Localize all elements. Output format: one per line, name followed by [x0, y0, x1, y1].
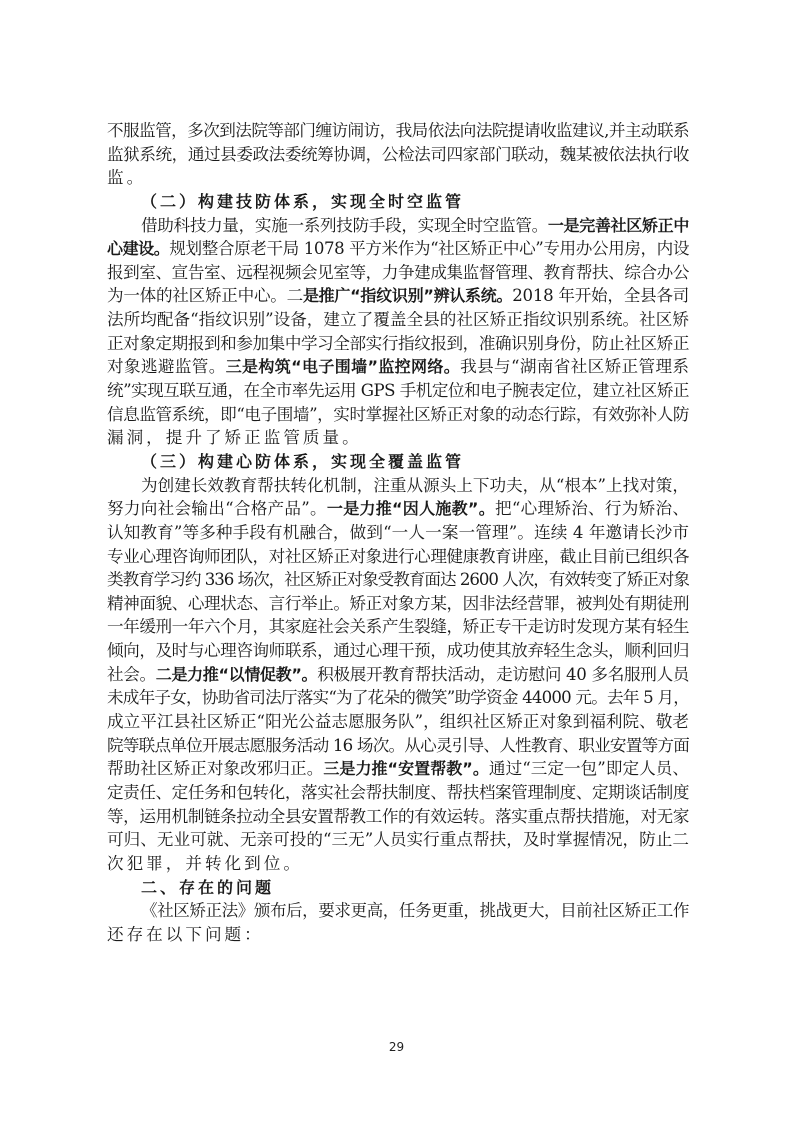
- text-run: 把“心理矫治、行为矫治、: [495, 499, 689, 518]
- text-line: 可归、无业可就、无亲可投的“三无”人员实行重点帮扶，及时掌握情况，防止二: [107, 828, 689, 852]
- text-run: 为创建长效教育帮扶转化机制，注重从源头上下功夫，从“根本”上找对策，: [141, 476, 689, 495]
- text-run: 专业心理咨询师团队，对社区矫正对象进行心理健康教育讲座，截止目前已组织各: [107, 547, 689, 566]
- text-run: 认知教育”等多种手段有机融合，做到“一人一案一管理”。连续 4 年邀请长沙市: [107, 523, 689, 542]
- text-line: 正对象定期报到和参加集中学习全部实行指纹报到，准确识别身份，防止社区矫正: [107, 332, 689, 356]
- text-line: 专业心理咨询师团队，对社区矫正对象进行心理健康教育讲座，截止目前已组织各: [107, 545, 689, 569]
- text-line: 一年缓刑一年六个月，其家庭社会关系产生裂缝，矫正专干走访时发现方某有轻生: [107, 615, 689, 639]
- text-line: 统”实现互联互通，在全市率先运用 GPS 手机定位和电子腕表定位，建立社区矫正: [107, 379, 689, 403]
- section-heading: （二）构建技防体系，实现全时空监管: [107, 190, 689, 214]
- text-run: 定责任、定任务和包转化，落实社会帮扶制度、帮扶档案管理制度、定期谈话制度: [107, 783, 689, 802]
- bold-phrase: 三是力推“安置帮教”。: [323, 759, 489, 778]
- text-run: 2018 年开始，全县各司: [512, 286, 689, 305]
- text-line: 认知教育”等多种手段有机融合，做到“一人一案一管理”。连续 4 年邀请长沙市: [107, 521, 689, 545]
- bold-phrase: 一是力推“因人施教”。: [327, 499, 495, 518]
- text-run: 规划整合原老干局 1078 平方米作为“社区矫正中心”专用办公用房，内设: [169, 239, 689, 258]
- text-run: 法所均配备“指纹识别”设备，建立了覆盖全县的社区矫正指纹识别系统。社区矫: [107, 310, 689, 329]
- text-run: 统”实现互联互通，在全市率先运用 GPS 手机定位和电子腕表定位，建立社区矫正: [107, 381, 689, 400]
- text-line: 法所均配备“指纹识别”设备，建立了覆盖全县的社区矫正指纹识别系统。社区矫: [107, 308, 689, 332]
- text-run: 借助科技力量，实施一系列技防手段，实现全时空监管。: [141, 216, 548, 235]
- text-run: 漏洞，提升了矫正监管质量。: [107, 428, 362, 447]
- text-line: 不服监管，多次到法院等部门缠访闹访，我局依法向法院提请收监建议,并主动联系: [107, 119, 689, 143]
- text-run: 还存在以下问题：: [107, 925, 264, 944]
- text-line: 报到室、宣告室、远程视频会见室等，力争建成集监督管理、教育帮扶、综合办公: [107, 261, 689, 285]
- text-run: （二）构建技防体系，实现全时空监管: [141, 192, 464, 211]
- bold-phrase: 一是完善社区矫正中: [548, 216, 689, 235]
- bold-phrase: 二是力推“以情促教”。: [156, 665, 317, 684]
- text-run: 为一体的社区矫正中心。二: [107, 286, 303, 305]
- text-line: 帮助社区矫正对象改邪归正。三是力推“安置帮教”。通过“三定一包”即定人员、: [107, 757, 689, 781]
- text-run: 院等联点单位开展志愿服务活动 16 场次。从心灵引导、人性教育、职业安置等方面: [107, 736, 689, 755]
- text-run: 信息监管系统，即“电子围墙”，实时掌握社区矫正对象的动态行踪，有效弥补人防: [107, 405, 689, 424]
- text-run: 类教育学习约 336 场次，社区矫正对象受教育面达 2600 人次，有效转变了矫…: [107, 570, 689, 589]
- text-line: 努力向社会输出“合格产品”。一是力推“因人施教”。把“心理矫治、行为矫治、: [107, 497, 689, 521]
- text-run: 监。: [107, 168, 146, 187]
- text-line: 等，运用机制链条拉动全县安置帮教工作的有效运转。落实重点帮扶措施，对无家: [107, 805, 689, 829]
- text-run: 积极展开教育帮扶活动，走访慰问 40 多名服刑人员: [317, 665, 689, 684]
- text-run: 帮助社区矫正对象改邪归正。: [107, 759, 323, 778]
- text-line: 信息监管系统，即“电子围墙”，实时掌握社区矫正对象的动态行踪，有效弥补人防: [107, 403, 689, 427]
- bold-phrase: 三是构筑“电子围墙”监控网络。: [226, 357, 460, 376]
- text-line: 监。: [107, 166, 689, 190]
- text-run: 努力向社会输出“合格产品”。: [107, 499, 327, 518]
- page-number: 29: [0, 1040, 793, 1054]
- text-run: 社会。: [107, 665, 156, 684]
- text-line: 院等联点单位开展志愿服务活动 16 场次。从心灵引导、人性教育、职业安置等方面: [107, 734, 689, 758]
- text-line: 《社区矫正法》颁布后，要求更高，任务更重，挑战更大，目前社区矫正工作: [107, 899, 689, 923]
- text-line: 监狱系统，通过县委政法委统筹协调，公检法司四家部门联动，魏某被依法执行收: [107, 143, 689, 167]
- text-line: 类教育学习约 336 场次，社区矫正对象受教育面达 2600 人次，有效转变了矫…: [107, 568, 689, 592]
- text-run: 对象逃避监管。: [107, 357, 226, 376]
- document-body: 不服监管，多次到法院等部门缠访闹访，我局依法向法院提请收监建议,并主动联系监狱系…: [107, 119, 689, 946]
- text-line: 倾向，及时与心理咨询师联系，通过心理干预，成功使其放弃轻生念头，顺利回归: [107, 639, 689, 663]
- text-line: 借助科技力量，实施一系列技防手段，实现全时空监管。一是完善社区矫正中: [107, 214, 689, 238]
- text-line: 精神面貌、心理状态、言行举止。矫正对象方某，因非法经营罪，被判处有期徒刑: [107, 592, 689, 616]
- text-run: 成立平江县社区矫正“阳光公益志愿服务队”，组织社区矫正对象到福利院、敬老: [107, 712, 689, 731]
- text-run: 通过“三定一包”即定人员、: [489, 759, 689, 778]
- text-run: 《社区矫正法》颁布后，要求更高，任务更重，挑战更大，目前社区矫正工作: [141, 901, 689, 920]
- bold-phrase: 是推广“指纹识别”辨认系统。: [303, 286, 512, 305]
- text-line: 还存在以下问题：: [107, 923, 689, 947]
- text-run: 报到室、宣告室、远程视频会见室等，力争建成集监督管理、教育帮扶、综合办公: [107, 263, 689, 282]
- section-heading: （三）构建心防体系，实现全覆盖监管: [107, 450, 689, 474]
- text-run: 等，运用机制链条拉动全县安置帮教工作的有效运转。落实重点帮扶措施，对无家: [107, 807, 689, 826]
- bold-phrase: 心建设。: [107, 239, 169, 258]
- text-run: 次犯罪，并转化到位。: [107, 854, 303, 873]
- text-run: 倾向，及时与心理咨询师联系，通过心理干预，成功使其放弃轻生念头，顺利回归: [107, 641, 689, 660]
- text-run: 精神面貌、心理状态、言行举止。矫正对象方某，因非法经营罪，被判处有期徒刑: [107, 594, 689, 613]
- text-line: 次犯罪，并转化到位。: [107, 852, 689, 876]
- text-run: 正对象定期报到和参加集中学习全部实行指纹报到，准确识别身份，防止社区矫正: [107, 334, 689, 353]
- text-line: 对象逃避监管。三是构筑“电子围墙”监控网络。我县与“湖南省社区矫正管理系: [107, 355, 689, 379]
- text-line: 成立平江县社区矫正“阳光公益志愿服务队”，组织社区矫正对象到福利院、敬老: [107, 710, 689, 734]
- section-heading: 二、存在的问题: [107, 876, 689, 900]
- text-line: 未成年子女，协助省司法厅落实“为了花朵的微笑”助学资金 44000 元。去年 5…: [107, 686, 689, 710]
- text-run: 二、存在的问题: [141, 878, 274, 897]
- text-line: 为一体的社区矫正中心。二是推广“指纹识别”辨认系统。2018 年开始，全县各司: [107, 284, 689, 308]
- text-line: 为创建长效教育帮扶转化机制，注重从源头上下功夫，从“根本”上找对策，: [107, 474, 689, 498]
- text-line: 心建设。规划整合原老干局 1078 平方米作为“社区矫正中心”专用办公用房，内设: [107, 237, 689, 261]
- text-run: 我县与“湖南省社区矫正管理系: [460, 357, 689, 376]
- text-run: 可归、无业可就、无亲可投的“三无”人员实行重点帮扶，及时掌握情况，防止二: [107, 830, 689, 849]
- text-run: 不服监管，多次到法院等部门缠访闹访，我局依法向法院提请收监建议,并主动联系: [107, 121, 689, 140]
- text-run: 未成年子女，协助省司法厅落实“为了花朵的微笑”助学资金 44000 元。去年 5…: [107, 688, 689, 707]
- text-line: 社会。二是力推“以情促教”。积极展开教育帮扶活动，走访慰问 40 多名服刑人员: [107, 663, 689, 687]
- document-page: 不服监管，多次到法院等部门缠访闹访，我局依法向法院提请收监建议,并主动联系监狱系…: [0, 0, 793, 1122]
- text-run: 监狱系统，通过县委政法委统筹协调，公检法司四家部门联动，魏某被依法执行收: [107, 145, 689, 164]
- text-run: （三）构建心防体系，实现全覆盖监管: [141, 452, 464, 471]
- text-line: 定责任、定任务和包转化，落实社会帮扶制度、帮扶档案管理制度、定期谈话制度: [107, 781, 689, 805]
- text-line: 漏洞，提升了矫正监管质量。: [107, 426, 689, 450]
- text-run: 一年缓刑一年六个月，其家庭社会关系产生裂缝，矫正专干走访时发现方某有轻生: [107, 617, 689, 636]
